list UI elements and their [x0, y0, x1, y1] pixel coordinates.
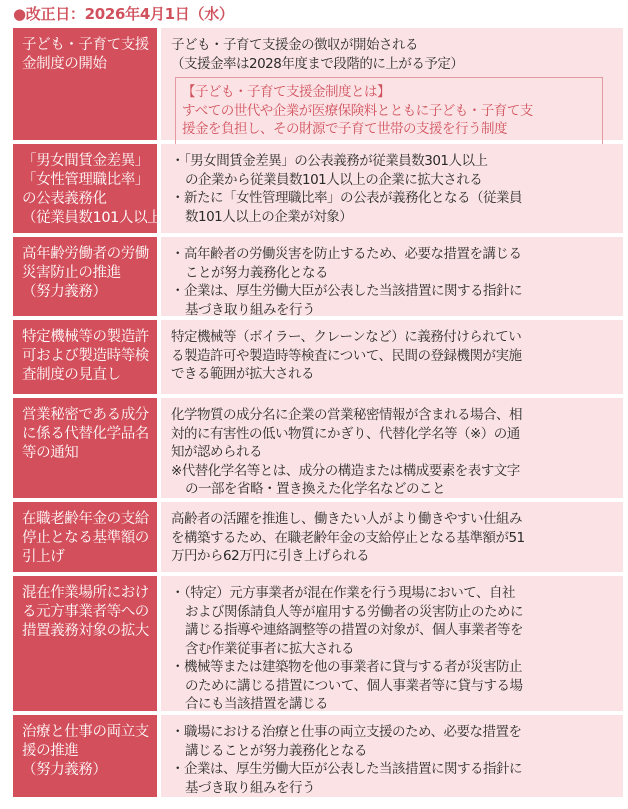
content-line: （支援金率は2028年度まで段階的に上がる予定）: [171, 55, 615, 74]
table-row: 営業秘密である成分 に係る代替化学品名 等の通知 化学物質の成分名に企業の営業秘…: [13, 398, 623, 498]
content-line: ことが努力義務化となる: [171, 264, 615, 283]
content-line: のために講じる措置について、個人事業者等に貸与する場: [171, 677, 615, 696]
content-line: 特定機械等（ボイラー、クレーンなど）に義務付けられてい: [171, 328, 615, 347]
content-line: 含む作業従事者に拡大される: [171, 640, 615, 659]
label-line: る元方事業者等への: [22, 603, 151, 622]
label-line: （従業員数101人以上）: [22, 209, 151, 228]
content-line: および関係請負人等が雇用する労働者の災害防止のために: [171, 603, 615, 622]
label-line: 「男女間賃金差異」: [22, 152, 151, 171]
content-line: 知が認められる: [171, 443, 615, 462]
label-line: 金制度の開始: [22, 55, 151, 74]
label-line: 特定機械等の製造許: [22, 328, 151, 347]
label-line: 混在作業場所におけ: [22, 584, 151, 603]
table-row: 「男女間賃金差異」 「女性管理職比率」 の公表義務化 （従業員数101人以上） …: [13, 144, 623, 233]
label-line: 営業秘密である成分: [22, 406, 151, 425]
label-line: 措置義務対象の拡大: [22, 622, 151, 641]
note-title: 【子ども・子育て支援金制度とは】: [182, 83, 596, 102]
content-line: ※代替化学名等とは、成分の構造または構成要素を表す文字: [171, 462, 615, 481]
row-content: ・高年齢者の労働災害を防止するため、必要な措置を講じる ことが努力義務化となる …: [161, 237, 623, 316]
content-line: 数101人以上の企業が対象）: [171, 208, 615, 227]
content-line: 万円から62万円に引き上げられる: [171, 547, 615, 566]
content-line: ・高年齢者の労働災害を防止するため、必要な措置を講じる: [171, 245, 615, 264]
content-line: ・企業は、厚生労働大臣が公表した当該措置に関する指針に: [171, 282, 615, 301]
content-line: ・新たに「女性管理職比率」の公表が義務化となる（従業員: [171, 189, 615, 208]
row-content: 化学物質の成分名に企業の営業秘密情報が含まれる場合、相 対的に有害性の低い物質に…: [161, 398, 623, 498]
row-content: ・職場における治療と仕事の両立支援のため、必要な措置を 講じることが努力義務化と…: [161, 715, 623, 797]
label-line: 在職老齢年金の支給: [22, 510, 151, 529]
content-line: ・機械等または建築物を他の事業者に貸与する者が災害防止: [171, 658, 615, 677]
table-row: 治療と仕事の両立支 援の推進 （努力義務） ・職場における治療と仕事の両立支援の…: [13, 715, 623, 797]
table-row: 混在作業場所におけ る元方事業者等への 措置義務対象の拡大 ・（特定）元方事業者…: [13, 576, 623, 711]
label-line: 「女性管理職比率」: [22, 171, 151, 190]
row-label: 高年齢労働者の労働 災害防止の推進 （努力義務）: [13, 237, 157, 316]
content-line: の一部を省略・置き換えた化学名などのこと: [171, 480, 615, 499]
note-line: すべての世代や企業が医療保険料とともに子ども・子育て支: [182, 102, 596, 121]
label-line: 治療と仕事の両立支: [22, 723, 151, 742]
label-line: （努力義務）: [22, 761, 151, 780]
content-line: ・企業は、厚生労働大臣が公表した当該措置に関する指針に: [171, 760, 615, 779]
label-line: 子ども・子育て支援: [22, 36, 151, 55]
note-box: 【子ども・子育て支援金制度とは】 すべての世代や企業が医療保険料とともに子ども・…: [175, 77, 603, 145]
label-line: 査制度の見直し: [22, 366, 151, 385]
content-line: 子ども・子育て支援金の徴収が開始される: [171, 36, 615, 55]
table-row: 子ども・子育て支援 金制度の開始 子ども・子育て支援金の徴収が開始される （支援…: [13, 28, 623, 140]
row-content: ・（特定）元方事業者が混在作業を行う現場において、自社 および関係請負人等が雇用…: [161, 576, 623, 711]
row-content: ・「男女間賃金差異」の公表義務が従業員数301人以上 の企業から従業員数101人…: [161, 144, 623, 233]
row-content: 高齢者の活躍を推進し、働きたい人がより働きやすい仕組み を構築するため、在職老齢…: [161, 502, 623, 572]
label-line: 停止となる基準額の: [22, 529, 151, 548]
label-line: 等の通知: [22, 444, 151, 463]
content-line: できる範囲が拡大される: [171, 365, 615, 384]
row-content: 子ども・子育て支援金の徴収が開始される （支援金率は2028年度まで段階的に上が…: [161, 28, 623, 140]
label-line: 引上げ: [22, 548, 151, 567]
label-line: （努力義務）: [22, 283, 151, 302]
content-line: 対的に有害性の低い物質にかぎり、代替化学名等（※）の通: [171, 425, 615, 444]
amendment-date-heading: ●改正日：2026年4月1日（水）: [13, 3, 234, 24]
content-line: ・「男女間賃金差異」の公表義務が従業員数301人以上: [171, 152, 615, 171]
row-label: 営業秘密である成分 に係る代替化学品名 等の通知: [13, 398, 157, 498]
table-row: 特定機械等の製造許 可および製造時等検 査制度の見直し 特定機械等（ボイラー、ク…: [13, 320, 623, 394]
content-line: る製造許可や製造時等検査について、民間の登録機関が実施: [171, 347, 615, 366]
row-content: 特定機械等（ボイラー、クレーンなど）に義務付けられてい る製造許可や製造時等検査…: [161, 320, 623, 394]
content-line: 合にも当該措置を講じる: [171, 695, 615, 714]
label-line: 援の推進: [22, 742, 151, 761]
row-label: 「男女間賃金差異」 「女性管理職比率」 の公表義務化 （従業員数101人以上）: [13, 144, 157, 233]
table-row: 在職老齢年金の支給 停止となる基準額の 引上げ 高齢者の活躍を推進し、働きたい人…: [13, 502, 623, 572]
content-line: 講じる指導や連絡調整等の措置の対象が、個人事業者等を: [171, 621, 615, 640]
label-line: に係る代替化学品名: [22, 425, 151, 444]
content-line: 化学物質の成分名に企業の営業秘密情報が含まれる場合、相: [171, 406, 615, 425]
note-line: 援金を負担し、その財源で子育て世帯の支援を行う制度: [182, 120, 596, 139]
amendment-summary-page: ●改正日：2026年4月1日（水） 子ども・子育て支援 金制度の開始 子ども・子…: [0, 0, 628, 809]
label-line: 災害防止の推進: [22, 264, 151, 283]
content-line: ・（特定）元方事業者が混在作業を行う現場において、自社: [171, 584, 615, 603]
content-line: 高齢者の活躍を推進し、働きたい人がより働きやすい仕組み: [171, 510, 615, 529]
label-line: 可および製造時等検: [22, 347, 151, 366]
row-label: 子ども・子育て支援 金制度の開始: [13, 28, 157, 140]
table-row: 高年齢労働者の労働 災害防止の推進 （努力義務） ・高年齢者の労働災害を防止する…: [13, 237, 623, 316]
row-label: 治療と仕事の両立支 援の推進 （努力義務）: [13, 715, 157, 797]
amendment-table: 子ども・子育て支援 金制度の開始 子ども・子育て支援金の徴収が開始される （支援…: [13, 28, 623, 801]
content-line: ・職場における治療と仕事の両立支援のため、必要な措置を: [171, 723, 615, 742]
label-line: の公表義務化: [22, 190, 151, 209]
content-line: を構築するため、在職老齢年金の支給停止となる基準額が51: [171, 529, 615, 548]
row-label: 在職老齢年金の支給 停止となる基準額の 引上げ: [13, 502, 157, 572]
label-line: 高年齢労働者の労働: [22, 245, 151, 264]
content-line: の企業から従業員数101人以上の企業に拡大される: [171, 171, 615, 190]
row-label: 特定機械等の製造許 可および製造時等検 査制度の見直し: [13, 320, 157, 394]
content-line: 基づき取り組みを行う: [171, 779, 615, 798]
content-line: 講じることが努力義務化となる: [171, 742, 615, 761]
content-line: 基づき取り組みを行う: [171, 301, 615, 320]
row-label: 混在作業場所におけ る元方事業者等への 措置義務対象の拡大: [13, 576, 157, 711]
